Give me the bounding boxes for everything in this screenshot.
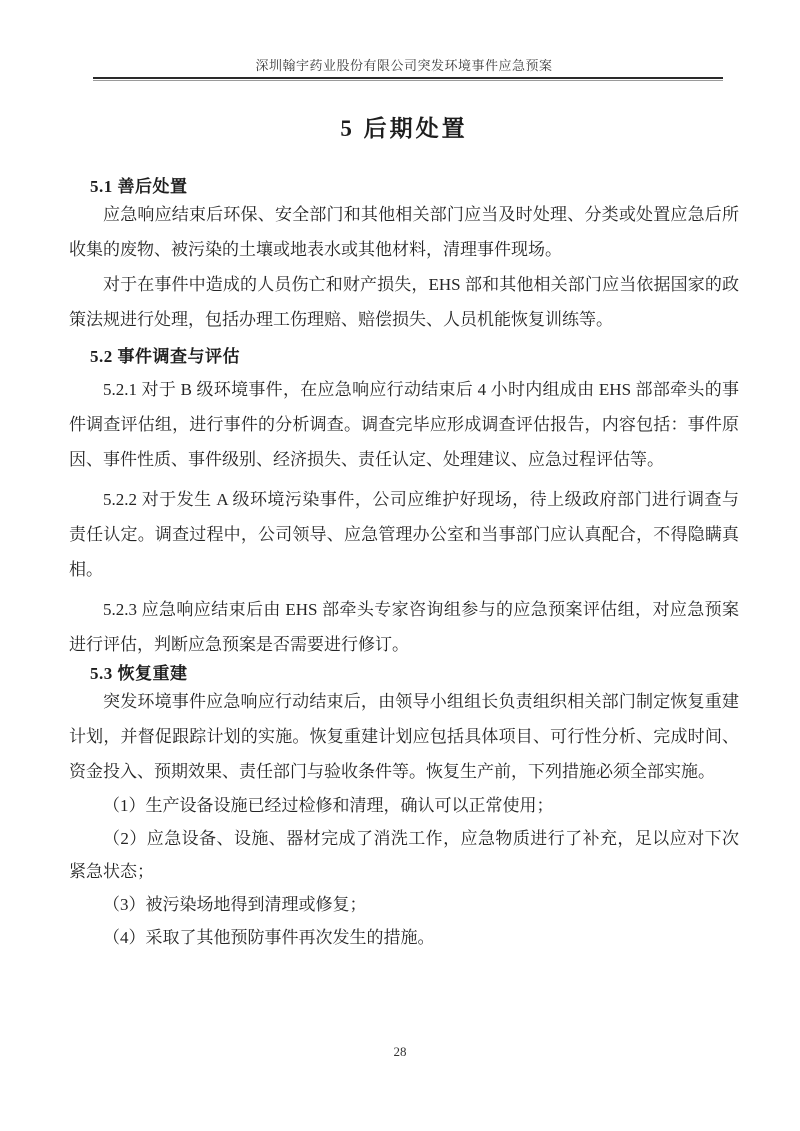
paragraph-5-2-1: 5.2.1 对于 B 级环境事件，在应急响应行动结束后 4 小时内组成由 EHS… — [69, 372, 739, 477]
heading-5-2: 5.2 事件调查与评估 — [69, 347, 739, 367]
header-rule-thick — [93, 77, 723, 79]
paragraph-5-2-3: 5.2.3 应急响应结束后由 EHS 部牵头专家咨询组参与的应急预案评估组，对应… — [69, 592, 739, 662]
page-header: 深圳翰宇药业股份有限公司突发环境事件应急预案 — [69, 58, 739, 81]
paragraph-5-3-intro: 突发环境事件应急响应行动结束后，由领导小组组长负责组织相关部门制定恢复重建计划，… — [69, 684, 739, 789]
paragraph-5-2-2: 5.2.2 对于发生 A 级环境污染事件，公司应维护好现场，待上级政府部门进行调… — [69, 482, 739, 587]
heading-5-1: 5.1 善后处置 — [69, 177, 739, 197]
document-page: 深圳翰宇药业股份有限公司突发环境事件应急预案 5 后期处置 5.1 善后处置 应… — [0, 0, 800, 1131]
page-footer: 28 — [0, 1044, 800, 1060]
list-item-4: （4）采取了其他预防事件再次发生的措施。 — [69, 921, 739, 954]
paragraph-5-1-1: 应急响应结束后环保、安全部门和其他相关部门应当及时处理、分类或处置应急后所收集的… — [69, 197, 739, 267]
heading-5-3: 5.3 恢复重建 — [69, 664, 739, 684]
list-item-2: （2）应急设备、设施、器材完成了消洗工作，应急物质进行了补充，足以应对下次紧急状… — [69, 822, 739, 888]
page-number: 28 — [394, 1044, 407, 1059]
section-5-1-aftercare: 5.1 善后处置 应急响应结束后环保、安全部门和其他相关部门应当及时处理、分类或… — [69, 177, 739, 337]
list-item-3: （3）被污染场地得到清理或修复； — [69, 888, 739, 921]
list-item-1: （1）生产设备设施已经过检修和清理，确认可以正常使用； — [69, 789, 739, 822]
header-doc-title: 深圳翰宇药业股份有限公司突发环境事件应急预案 — [69, 58, 739, 74]
section-5-2-investigation: 5.2 事件调查与评估 5.2.1 对于 B 级环境事件，在应急响应行动结束后 … — [69, 347, 739, 662]
paragraph-5-1-2: 对于在事件中造成的人员伤亡和财产损失，EHS 部和其他相关部门应当依据国家的政策… — [69, 267, 739, 337]
header-rule — [93, 77, 723, 81]
page-title: 5 后期处置 — [69, 114, 739, 144]
header-rule-thin — [93, 80, 723, 81]
section-5-3-recovery: 5.3 恢复重建 突发环境事件应急响应行动结束后，由领导小组组长负责组织相关部门… — [69, 664, 739, 954]
